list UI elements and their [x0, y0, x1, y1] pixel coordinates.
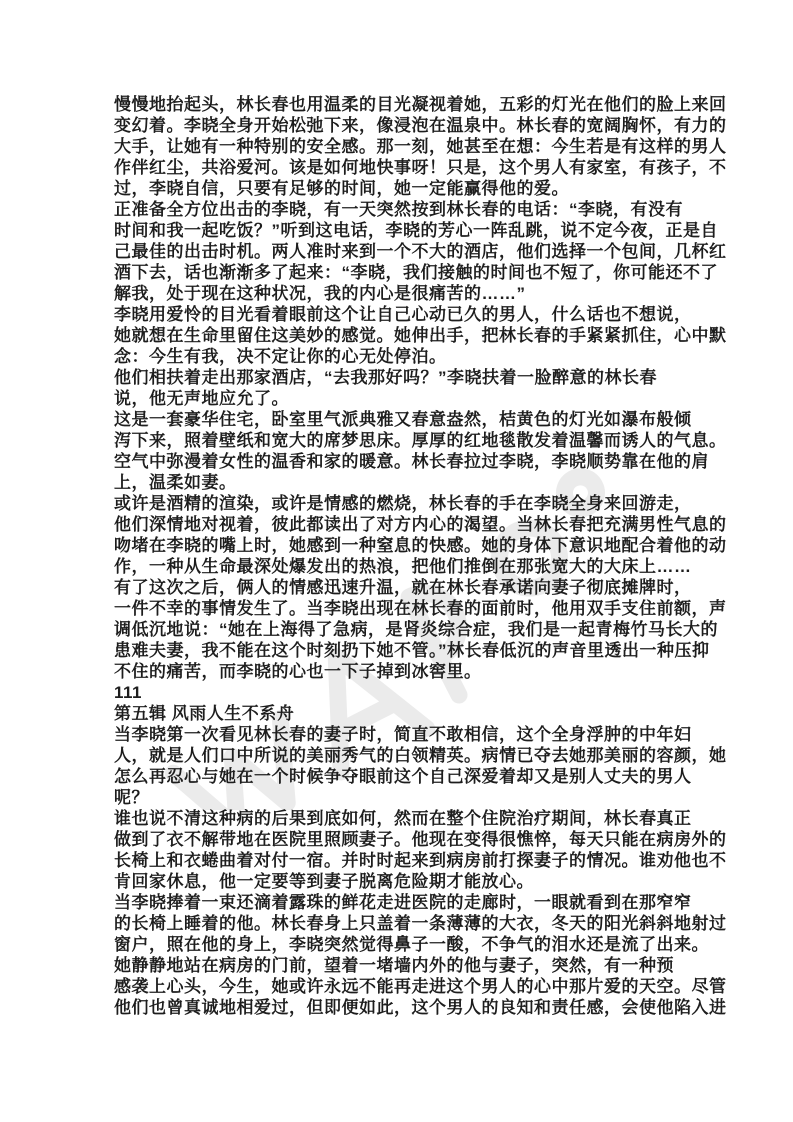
text-line: 大手，让她有一种特别的安全感。那一刻，她甚至在想：今生若是有这样的男人	[114, 136, 692, 157]
text-line: 呢？	[114, 787, 692, 808]
text-line: 慢慢地抬起头，林长春也用温柔的目光凝视着她，五彩的灯光在他们的脸上来回	[114, 94, 692, 115]
text-line: 长椅上和衣蜷曲着对付一宿。并时时起来到病房前打探妻子的情况。谁劝他也不	[114, 850, 692, 871]
text-body: 慢慢地抬起头，林长春也用温柔的目光凝视着她，五彩的灯光在他们的脸上来回变幻着。李…	[114, 94, 692, 1018]
text-line: 他们也曾真诚地相爱过，但即便如此，这个男人的良知和责任感，会使他陷入进	[114, 997, 692, 1018]
text-line: 做到了衣不解带地在医院里照顾妻子。他现在变得很憔悴，每天只能在病房外的	[114, 829, 692, 850]
text-line: 这是一套豪华住宅，卧室里气派典雅又春意盎然，桔黄色的灯光如瀑布般倾	[114, 409, 692, 430]
text-line: 酒下去，话也渐渐多了起来：“李晓，我们接触的时间也不短了，你可能还不了	[114, 262, 692, 283]
text-line: 她就想在生命里留住这美妙的感觉。她伸出手，把林长春的手紧紧抓住，心中默	[114, 325, 692, 346]
section-heading: 第五辑 风雨人生不系舟	[114, 703, 692, 724]
text-line: 己最佳的出击时机。两人准时来到一个不大的酒店，他们选择一个包间，几杯红	[114, 241, 692, 262]
text-line: 患难夫妻，我不能在这个时刻扔下她不管。”林长春低沉的声音里透出一种压抑	[114, 640, 692, 661]
text-line: 李晓用爱怜的目光看着眼前这个让自己心动已久的男人，什么话也不想说，	[114, 304, 692, 325]
page-number-line: 111	[114, 682, 692, 703]
text-line: 人，就是人们口中所说的美丽秀气的白领精英。病情已夺去她那美丽的容颜，她	[114, 745, 692, 766]
text-line: 变幻着。李晓全身开始松弛下来，像浸泡在温泉中。林长春的宽阔胸怀，有力的	[114, 115, 692, 136]
text-line: 或许是酒精的渲染，或许是情感的燃烧，林长春的手在李晓全身来回游走，	[114, 493, 692, 514]
text-line: 调低沉地说：“她在上海得了急病，是肾炎综合症，我们是一起青梅竹马长大的	[114, 619, 692, 640]
text-line: 念：今生有我，决不定让你的心无处停泊。	[114, 346, 692, 367]
text-line: 上，温柔如妻。	[114, 472, 692, 493]
text-line: 肯回家休息，他一定要等到妻子脱离危险期才能放心。	[114, 871, 692, 892]
text-line: 他们深情地对视着，彼此都读出了对方内心的渴望。当林长春把充满男性气息的	[114, 514, 692, 535]
text-line: 过，李晓自信，只要有足够的时间，她一定能赢得他的爱。	[114, 178, 692, 199]
text-line: 他们相扶着走出那家酒店，“去我那好吗？”李晓扶着一脸醉意的林长春	[114, 367, 692, 388]
text-line: 泻下来，照着壁纸和宽大的席梦思床。厚厚的红地毯散发着温馨而诱人的气息。	[114, 430, 692, 451]
text-line: 正准备全方位出击的李晓，有一天突然按到林长春的电话：“李晓，有没有	[114, 199, 692, 220]
text-line: 的长椅上睡着的他。林长春身上只盖着一条薄薄的大衣，冬天的阳光斜斜地射过	[114, 913, 692, 934]
text-line: 解我，处于现在这种状况，我的内心是很痛苦的……”	[114, 283, 692, 304]
text-line: 作，一种从生命最深处爆发出的热浪，把他们推倒在那张宽大的大床上……	[114, 556, 692, 577]
text-line: 吻堵在李晓的嘴上时，她感到一种窒息的快感。她的身体下意识地配合着他的动	[114, 535, 692, 556]
text-line: 说，他无声地应允了。	[114, 388, 692, 409]
text-line: 时间和我一起吃饭？”听到这电话，李晓的芳心一阵乱跳，说不定今夜，正是自	[114, 220, 692, 241]
text-line: 作伴红尘，共浴爱河。该是如何地快事呀！只是，这个男人有家室，有孩子，不	[114, 157, 692, 178]
text-line: 当李晓捧着一束还滴着露珠的鲜花走进医院的走廊时，一眼就看到在那窄窄	[114, 892, 692, 913]
text-line: 怎么再忍心与她在一个时候争夺眼前这个自己深爱着却又是别人丈夫的男人	[114, 766, 692, 787]
text-line: 感袭上心头，今生，她或许永远不能再走进这个男人的心中那片爱的天空。尽管	[114, 976, 692, 997]
text-line: 她静静地站在病房的门前，望着一堵墙内外的他与妻子，突然，有一种预	[114, 955, 692, 976]
text-line: 不住的痛苦，而李晓的心也一下子掉到冰窖里。	[114, 661, 692, 682]
text-line: 窗户，照在他的身上，李晓突然觉得鼻子一酸，不争气的泪水还是流了出来。	[114, 934, 692, 955]
text-line: 有了这次之后，俩人的情感迅速升温，就在林长春承诺向妻子彻底摊牌时，	[114, 577, 692, 598]
text-line: 空气中弥漫着女性的温香和家的暖意。林长春拉过李晓，李晓顺势靠在他的肩	[114, 451, 692, 472]
document-page: 慢慢地抬起头，林长春也用温柔的目光凝视着她，五彩的灯光在他们的脸上来回变幻着。李…	[0, 0, 793, 1122]
text-line: 谁也说不清这种病的后果到底如何，然而在整个住院治疗期间，林长春真正	[114, 808, 692, 829]
text-line: 一件不幸的事情发生了。当李晓出现在林长春的面前时，他用双手支住前额，声	[114, 598, 692, 619]
text-line: 当李晓第一次看见林长春的妻子时，简直不敢相信，这个全身浮肿的中年妇	[114, 724, 692, 745]
